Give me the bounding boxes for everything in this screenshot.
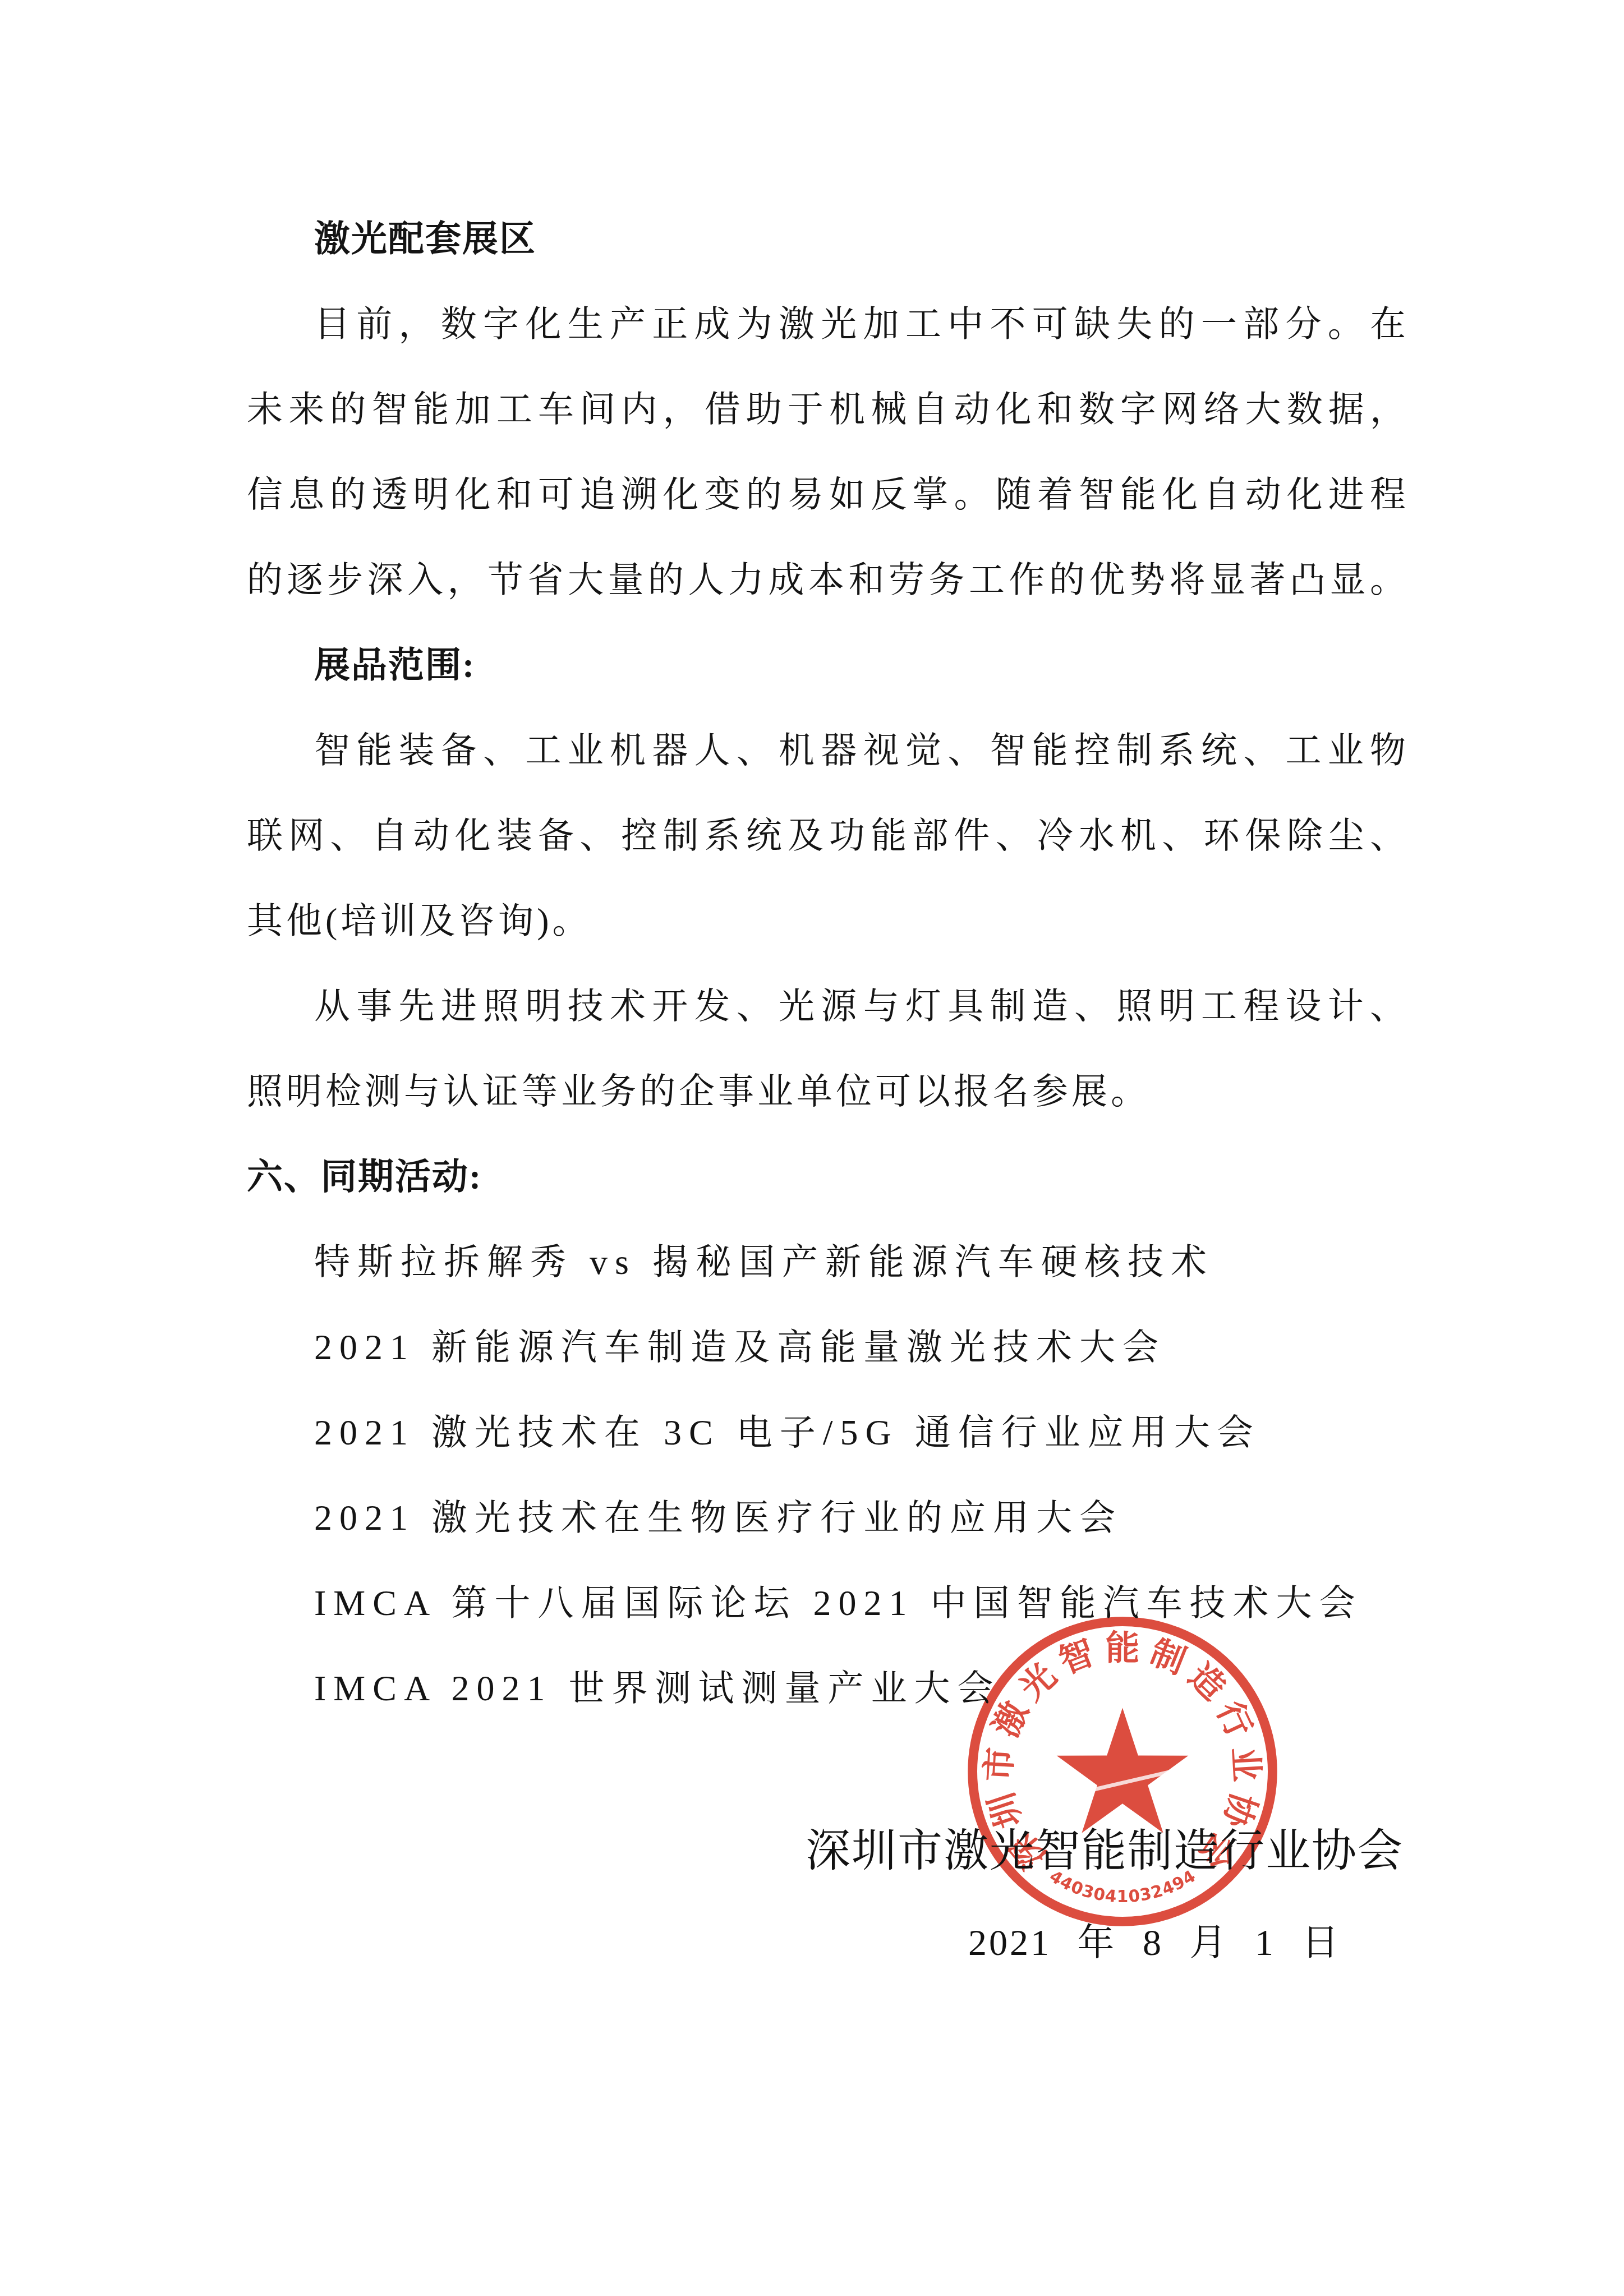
text-line: 特斯拉拆解秀 vs 揭秘国产新能源汽车硬核技术 xyxy=(247,1220,1408,1305)
text-line: 六、同期活动: xyxy=(247,1134,1408,1220)
text-line: 激光配套展区 xyxy=(247,196,1408,282)
text-line: 从事先进照明技术开发、光源与灯具制造、照明工程设计、 xyxy=(247,964,1408,1049)
seal-arc-char: 市 xyxy=(980,1746,1020,1783)
text-line: 目前，数字化生产正成为激光加工中不可缺失的一部分。在 xyxy=(247,282,1408,367)
signature-org: 深圳市激光智能制造行业协会 xyxy=(806,1824,1404,1878)
text-line: 2021 激光技术在生物医疗行业的应用大会 xyxy=(247,1475,1408,1561)
text-line: 其他(培训及咨询)。 xyxy=(247,878,1408,964)
text-line: 2021 新能源汽车制造及高能量激光技术大会 xyxy=(247,1305,1408,1390)
text-line: 信息的透明化和可追溯化变的易如反掌。随着智能化自动化进程 xyxy=(247,452,1408,537)
text-line: 未来的智能加工车间内，借助于机械自动化和数字网络大数据， xyxy=(247,367,1408,452)
text-line: 照明检测与认证等业务的企事业单位可以报名参展。 xyxy=(247,1049,1408,1134)
seal-serial-digit: 1 xyxy=(1117,1887,1129,1906)
seal-arc-char: 业 xyxy=(1225,1746,1265,1783)
text-line: 展品范围: xyxy=(247,623,1408,708)
text-line: 联网、自动化装备、控制系统及功能部件、冷水机、环保除尘、 xyxy=(247,793,1408,878)
text-line: IMCA 2021 世界测试测量产业大会 xyxy=(247,1646,1408,1731)
seal-serial-digit: 4 xyxy=(1104,1886,1117,1906)
text-line: IMCA 第十八届国际论坛 2021 中国智能汽车技术大会 xyxy=(247,1561,1408,1646)
signature-date: 2021 年 8 月 1 日 xyxy=(968,1921,1341,1966)
document-body: 激光配套展区目前，数字化生产正成为激光加工中不可缺失的一部分。在未来的智能加工车… xyxy=(247,196,1408,1731)
document-page: 深圳市激光智能制造行业协会 4403041032494 激光配套展区目前，数字化… xyxy=(0,0,1624,2296)
text-line: 2021 激光技术在 3C 电子/5G 通信行业应用大会 xyxy=(247,1390,1408,1475)
text-line: 智能装备、工业机器人、机器视觉、智能控制系统、工业物 xyxy=(247,708,1408,793)
text-line: 的逐步深入，节省大量的人力成本和劳务工作的优势将显著凸显。 xyxy=(247,537,1408,623)
